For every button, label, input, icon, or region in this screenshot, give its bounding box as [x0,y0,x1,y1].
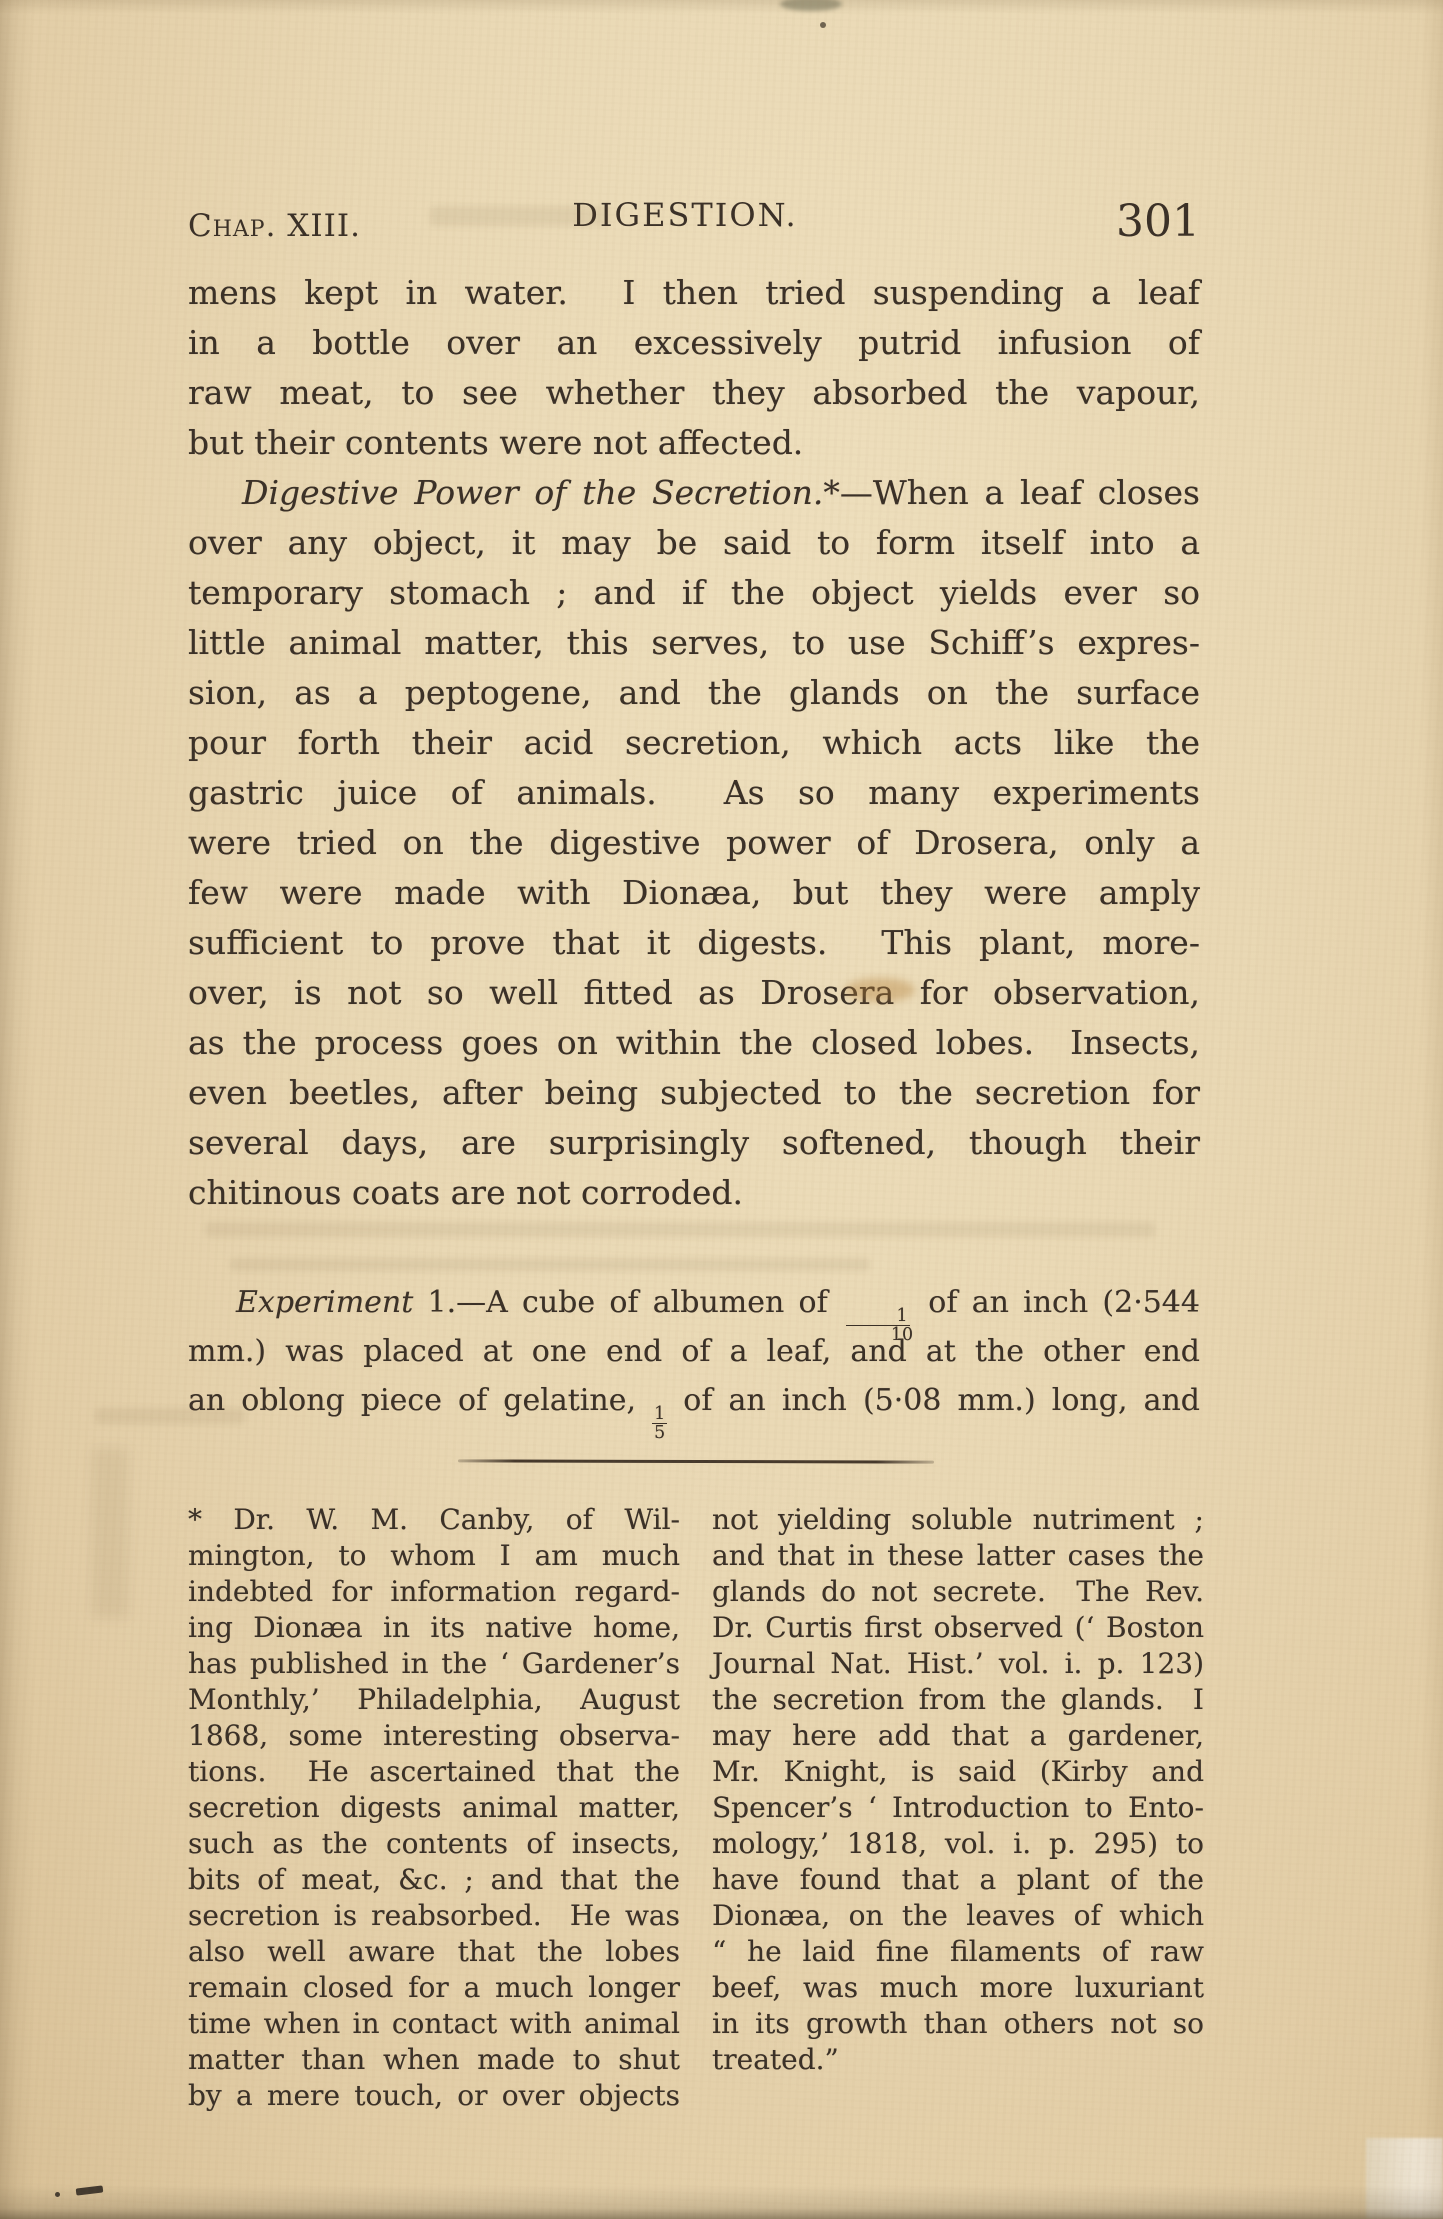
footnote-line: not yielding soluble nutriment ; [712,1502,1204,1538]
text-line: in a bottle over an excessively putrid i… [188,318,1200,368]
fraction-one-fifth: 15 [652,1405,667,1443]
bleedthrough-ghost [230,1258,870,1271]
text-line: an oblong piece of gelatine, 15 of an in… [188,1376,1200,1425]
footnote-line: the secretion from the glands. I [712,1682,1204,1718]
chapter-label: Chap. XIII. [188,208,361,244]
footnote-line: remain closed for a much longer [188,1970,680,2006]
footnote-line: have found that a plant of the [712,1862,1204,1898]
footnote-line: tions. He ascertained that the [188,1754,680,1790]
next-page-sliver [1366,2138,1443,2219]
footnote-line: * Dr. W. M. Canby, of Wil- [188,1502,680,1538]
footnote-line: 1868, some interesting observa- [188,1718,680,1754]
footnote-line: has published in the ‘ Gardener’s [188,1646,680,1682]
text-line: temporary stomach ; and if the object yi… [188,568,1200,618]
footnote-line: in its growth than others not so [712,2006,1204,2042]
text-run: an oblong piece of gelatine, [188,1383,636,1418]
experiment-paragraph: Experiment 1.—A cube of albumen of 110 o… [188,1278,1200,1425]
text-line: several days, are surprisingly softened,… [188,1118,1200,1168]
text-line: raw meat, to see whether they absorbed t… [188,368,1200,418]
text-run: of an inch (2·544 [928,1285,1200,1320]
italic-heading: Digestive Power of the Secretion.* [242,473,840,512]
footnote-line: treated.” [712,2042,1204,2078]
footnote-line: Dionæa, on the leaves of which [712,1898,1204,1934]
text-line: sufficient to prove that it digests. Thi… [188,918,1200,968]
page-number: 301 [1116,196,1200,247]
text-line: few were made with Dionæa, but they were… [188,868,1200,918]
text-run: —When a leaf closes [840,473,1200,512]
text-line: over any object, it may be said to form … [188,518,1200,568]
ink-speck [55,2192,60,2197]
footnote-line: may here add that a gardener, [712,1718,1204,1754]
footnote-column-right: not yielding soluble nutriment ;and that… [712,1502,1204,2078]
text-line: mens kept in water. I then tried suspend… [188,268,1200,318]
footnote-line: Journal Nat. Hist.’ vol. i. p. 123) [712,1646,1204,1682]
text-line: over, is not so well fitted as Drosera f… [188,968,1200,1018]
footnote-line: secretion is reabsorbed. He was [188,1898,680,1934]
bleedthrough-ghost [205,1222,1155,1237]
footnote-line: mology,’ 1818, vol. i. p. 295) to [712,1826,1204,1862]
footnote-line: Dr. Curtis first observed (‘ Boston [712,1610,1204,1646]
footnote-line: Monthly,’ Philadelphia, August [188,1682,680,1718]
footnote-line: bits of meat, &c. ; and that the [188,1862,680,1898]
text-line: Digestive Power of the Secretion.*—When … [188,468,1200,518]
footnote-line: ing Dionæa in its native home, [188,1610,680,1646]
footnote-column-left: * Dr. W. M. Canby, of Wil-mington, to wh… [188,1502,680,2114]
footnote-line: by a mere touch, or over objects [188,2078,680,2114]
footnote-line: also well aware that the lobes [188,1934,680,1970]
footnote-line: matter than when made to shut [188,2042,680,2078]
book-page-scan: Chap. XIII. DIGESTION. 301 mens kept in … [0,0,1443,2219]
footnote-line: such as the contents of insects, [188,1826,680,1862]
text-line: sion, as a peptogene, and the glands on … [188,668,1200,718]
text-line: were tried on the digestive power of Dro… [188,818,1200,868]
text-run: 1.—A cube of albumen of [428,1285,828,1320]
paragraph-1: mens kept in water. I then tried suspend… [188,268,1200,468]
experiment-label: Experiment [236,1285,413,1320]
footnote-line: Spencer’s ‘ Introduction to Ento- [712,1790,1204,1826]
text-line: mm.) was placed at one end of a leaf, an… [188,1327,1200,1376]
footnote-line: secretion digests animal matter, [188,1790,680,1826]
text-line: little animal matter, this serves, to us… [188,618,1200,668]
footnote-line: “ he laid fine filaments of raw [712,1934,1204,1970]
text-line: as the process goes on within the closed… [188,1018,1200,1068]
ink-speck [820,22,826,28]
footnote-line: Mr. Knight, is said (Kirby and [712,1754,1204,1790]
bleedthrough-ghost [92,1448,128,1618]
footnote-line: mington, to whom I am much [188,1538,680,1574]
running-title: DIGESTION. [572,196,797,234]
text-line: even beetles, after being subjected to t… [188,1068,1200,1118]
footnote-line: beef, was much more luxuriant [712,1970,1204,2006]
footnote-line: indebted for information regard- [188,1574,680,1610]
text-line: pour forth their acid secretion, which a… [188,718,1200,768]
text-line: gastric juice of animals. As so many exp… [188,768,1200,818]
footnote-line: glands do not secrete. The Rev. [712,1574,1204,1610]
footnote-line: time when in contact with animal [188,2006,680,2042]
page-header: Chap. XIII. DIGESTION. 301 [188,196,1200,247]
ink-smudge [780,0,842,11]
footnote-line: and that in these latter cases the [712,1538,1204,1574]
paragraph-2: Digestive Power of the Secretion.*—When … [188,468,1200,1218]
text-run: of an inch (5·08 mm.) long, and [683,1383,1200,1418]
text-line: Experiment 1.—A cube of albumen of 110 o… [188,1278,1200,1327]
ink-mark [76,2185,104,2195]
footnote-separator-rule [458,1459,934,1463]
text-line: but their contents were not affected. [188,418,1200,468]
text-line: chitinous coats are not corroded. [188,1168,1200,1218]
